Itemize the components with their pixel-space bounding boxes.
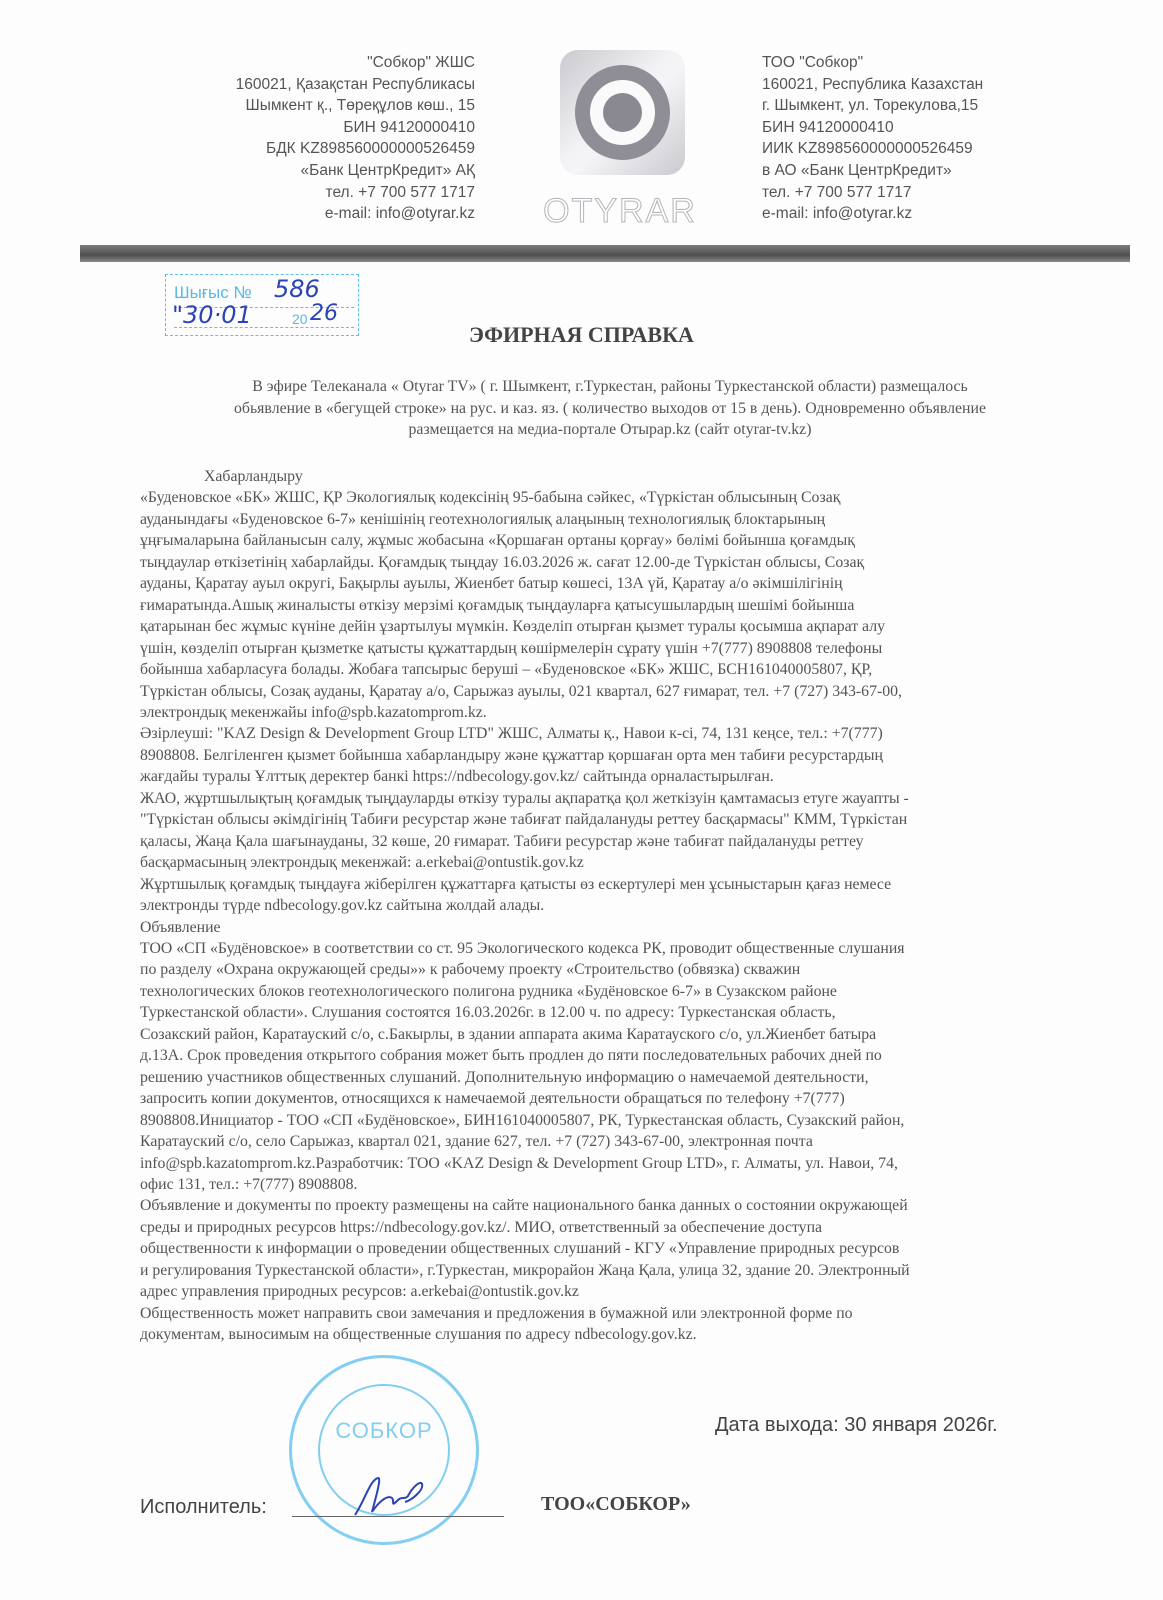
body-line: 8908808.Инициатор - ТОО «СП «Будёновское… (140, 1110, 1100, 1131)
header-line: в АО «Банк ЦентрКредит» (762, 160, 1092, 182)
body-line: Жұртшылық қоғамдық тыңдауға жіберілген қ… (140, 874, 1100, 895)
body-line: ғимаратында.Ашық жиналысты өткізу мерзім… (140, 595, 1100, 616)
body-line: Общественность может направить свои заме… (140, 1303, 1100, 1324)
header-line: «Банк ЦентрКредит» АҚ (150, 160, 475, 182)
body-line: ұңғымаларына байланысын салу, жұмыс жоба… (140, 530, 1100, 551)
body-line: технологических блоков геотехнологическо… (140, 981, 1100, 1002)
body-line: Хабарландыру (140, 466, 1100, 487)
body-line: адрес управления природных ресурсов: a.e… (140, 1281, 1100, 1302)
header-right-ru: ТОО "Собкор"160021, Республика Казахстан… (762, 52, 1092, 225)
logo-text: OTYRAR (535, 192, 705, 231)
header-line: 160021, Қазақстан Республикасы (150, 74, 475, 96)
logo-eye-icon (603, 93, 642, 132)
header-line: e-mail: info@otyrar.kz (150, 203, 475, 225)
body-line: д.13А. Срок проведения открытого собрани… (140, 1045, 1100, 1066)
executor-label: Исполнитель: (140, 1496, 267, 1519)
body-line: Объявление (140, 917, 1100, 938)
body-line: Әзірлеуші: "KAZ Design & Development Gro… (140, 723, 1100, 744)
body-line: электрондық мекенжайы info@spb.kazatompr… (140, 702, 1100, 723)
header-line: тел. +7 700 577 1717 (762, 182, 1092, 204)
body-line: документам, выносимым на общественные сл… (140, 1324, 1100, 1345)
body-line: электронды түрде ndbecology.gov.kz сайты… (140, 895, 1100, 916)
intro-line: обьявление в «бегущей строке» на рус. и … (140, 398, 1080, 420)
body-line: ЖАО, жұртшылықтың қоғамдық тыңдауларды ө… (140, 788, 1100, 809)
body-line: басқармасының электрондық мекенжай: a.er… (140, 852, 1100, 873)
body-line: Түркістан облысы, Созақ ауданы, Қаратау … (140, 681, 1100, 702)
executor-organization: ТОО«СОБКОР» (541, 1493, 691, 1516)
body-line: запросить копии документов, относящихся … (140, 1088, 1100, 1109)
body-line: ТОО «СП «Будёновское» в соответствии со … (140, 938, 1100, 959)
body-line: общественности к информации о проведении… (140, 1238, 1100, 1259)
header-line: ТОО "Собкор" (762, 52, 1092, 74)
header-line: г. Шымкент, ул. Торекулова,15 (762, 95, 1092, 117)
stamp-number: 586 (274, 275, 320, 303)
body-line: Туркестанской области». Слушания состоят… (140, 1002, 1100, 1023)
body-line: тыңдаулар өткізетінің хабарлайды. Қоғамд… (140, 552, 1100, 573)
header-line: ИИК KZ898560000000526459 (762, 138, 1092, 160)
header-line: e-mail: info@otyrar.kz (762, 203, 1092, 225)
header-left-kz: "Собкор" ЖШС160021, Қазақстан Республика… (150, 52, 475, 225)
body-line: "Түркістан облысы әкімдігінің Табиғи рес… (140, 809, 1100, 830)
body-line: info@spb.kazatomprom.kz.Разработчик: ТОО… (140, 1153, 1100, 1174)
header-line: Шымкент қ., Төреқұлов көш., 15 (150, 95, 475, 117)
body-line: жағдайы туралы Ұлттық деректер банкі htt… (140, 766, 1100, 787)
body-line: ауданы, Қаратау ауыл округі, Бақырлы ауы… (140, 573, 1100, 594)
body-line: по разделу «Охрана окружающей среды»» к … (140, 959, 1100, 980)
body-line: Каратауский с/о, село Сарыжаз, квартал 0… (140, 1131, 1100, 1152)
release-date: Дата выхода: 30 января 2026г. (715, 1414, 998, 1437)
announcement-body: Хабарландыру«Буденовское «БК» ЖШС, ҚР Эк… (140, 466, 1100, 1346)
header-line: БИН 94120000410 (150, 117, 475, 139)
body-line: үшін, көзделіп отырған қызметке қатысты … (140, 638, 1100, 659)
body-line: қатарынан бес жұмыс күніне дейін ұзартыл… (140, 616, 1100, 637)
document-title: ЭФИРНАЯ СПРАВКА (0, 322, 1163, 348)
intro-line: размещается на медиа-портале Отырар.kz (… (140, 419, 1080, 441)
header-line: БДК KZ898560000000526459 (150, 138, 475, 160)
body-line: среды и природных ресурсов https://ndbec… (140, 1217, 1100, 1238)
header-line: тел. +7 700 577 1717 (150, 182, 475, 204)
otyrar-logo: OTYRAR (535, 42, 705, 232)
header-divider (80, 245, 1130, 262)
body-line: ауданындағы «Буденовское 6-7» кенішінің … (140, 509, 1100, 530)
header-line: БИН 94120000410 (762, 117, 1092, 139)
body-line: «Буденовское «БК» ЖШС, ҚР Экологиялық ко… (140, 487, 1100, 508)
body-line: қаласы, Жаңа Қала шағынауданы, 32 көше, … (140, 831, 1100, 852)
header-line: 160021, Республика Казахстан (762, 74, 1092, 96)
body-line: 8908808. Белгіленген қызмет бойынша хаба… (140, 745, 1100, 766)
body-line: бойынша хабарласуға болады. Жобаға тапсы… (140, 659, 1100, 680)
intro-paragraph: В эфире Телеканала « Otyrar TV» ( г. Шым… (140, 376, 1080, 441)
seal-text: СОБКОР (292, 1418, 476, 1444)
header-line: "Собкор" ЖШС (150, 52, 475, 74)
signature-icon (350, 1470, 430, 1520)
stamp-label: Шығыс № (174, 283, 252, 303)
intro-line: В эфире Телеканала « Otyrar TV» ( г. Шым… (140, 376, 1080, 398)
body-line: Созакский район, Каратауский с/о, с.Бакы… (140, 1024, 1100, 1045)
body-line: решению участников общественных слушаний… (140, 1067, 1100, 1088)
body-line: и регулирования Туркестанской области», … (140, 1260, 1100, 1281)
body-line: Объявление и документы по проекту размещ… (140, 1195, 1100, 1216)
body-line: офис 131, тел.: +7(777) 8908808. (140, 1174, 1100, 1195)
